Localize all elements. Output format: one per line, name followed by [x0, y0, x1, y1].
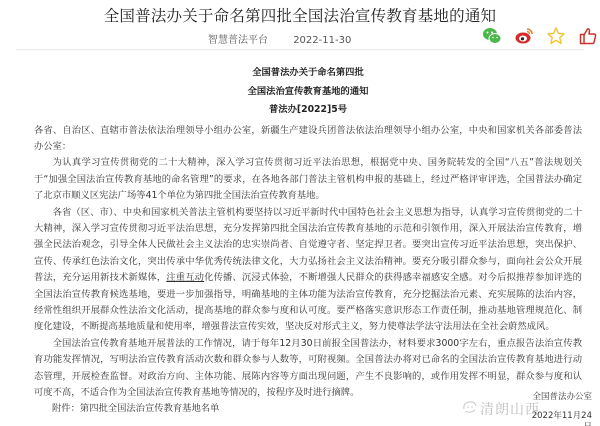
article-header: 全国普法办关于命名第四批全国法治宣传教育基地的通知 智慧普法平台 2022-11… — [0, 0, 600, 52]
heading-line-2: 全国法治宣传教育基地的通知 — [34, 83, 582, 102]
header-divider — [16, 49, 584, 50]
signature-date: 2022年11月24日 — [526, 411, 592, 426]
document-heading: 全国普法办关于命名第四批 全国法治宣传教育基地的通知 普法办[2022]5号 — [34, 64, 582, 120]
document-number: 普法办[2022]5号 — [34, 101, 582, 120]
addressees: 各省、自治区、直辖市普法依法治理领导小组办公室，新疆生产建设兵团普法依法治理领导… — [34, 123, 582, 156]
weibo-icon[interactable] — [514, 26, 534, 46]
paragraph-1: 为认真学习宣传贯彻党的二十大精神，深入学习宣传贯彻习近平法治思想，根据党中央、国… — [34, 155, 582, 204]
article-source: 智慧普法平台 — [208, 35, 268, 46]
share-bar — [482, 26, 598, 46]
signature-org: 全国普法办公室 — [526, 392, 592, 403]
document-body: 全国普法办关于命名第四批 全国法治宣传教育基地的通知 普法办[2022]5号 各… — [34, 64, 582, 418]
paragraph-2-underlined: 注重互动 — [166, 272, 204, 283]
paragraph-2: 各省（区、市）、中央和国家机关普法主管机构要坚持以习近平新时代中国特色社会主义思… — [34, 205, 582, 336]
article-date: 2022-11-30 — [293, 35, 351, 46]
thumbs-up-icon[interactable] — [578, 26, 598, 46]
watermark-logo-icon — [462, 400, 480, 414]
star-icon[interactable] — [546, 26, 566, 46]
article-title: 全国普法办关于命名第四批全国法治宣传教育基地的通知 — [0, 4, 600, 26]
signature-block: 全国普法办公室 2022年11月24日 — [526, 392, 592, 426]
wechat-icon[interactable] — [482, 26, 502, 46]
paragraph-3: 全国法治宣传教育基地开展普法的工作情况，请于每年12月30日前报全国普法办，材料… — [34, 336, 582, 402]
heading-line-1: 全国普法办关于命名第四批 — [34, 64, 582, 83]
article-meta: 智慧普法平台 2022-11-30 — [208, 31, 351, 46]
